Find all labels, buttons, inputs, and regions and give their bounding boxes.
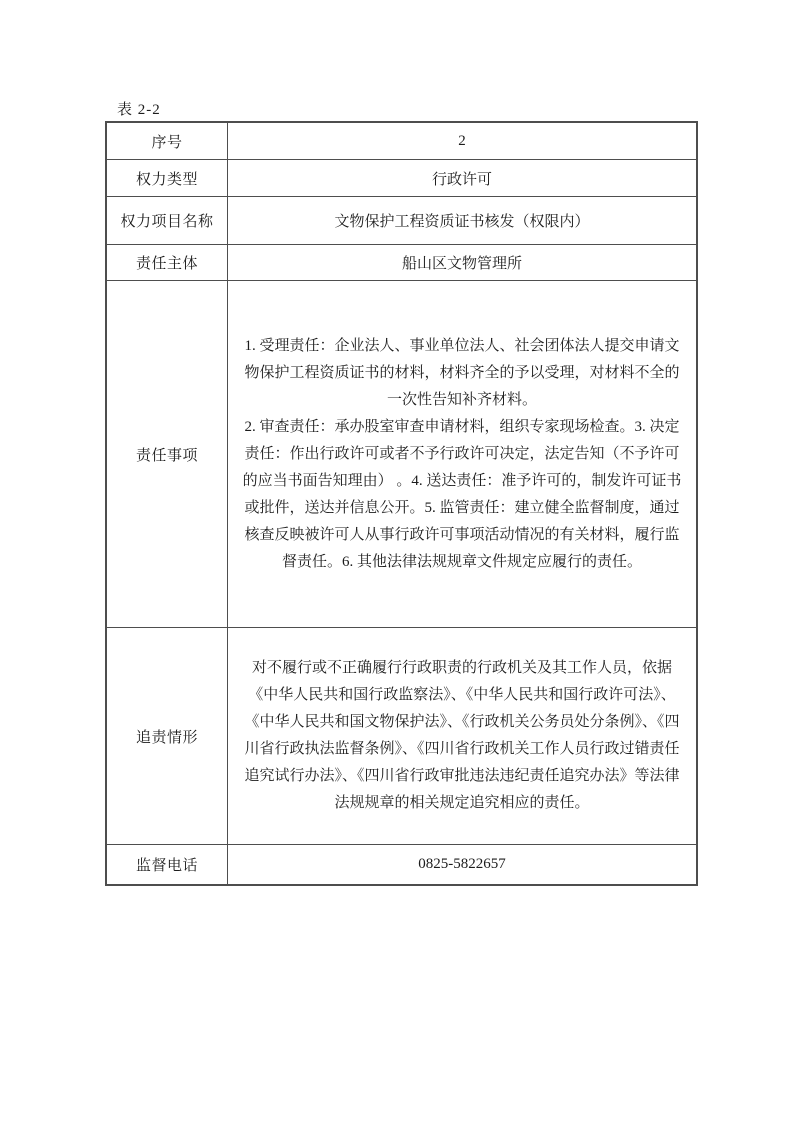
table-row-duty-matters: 责任事项 1. 受理责任：企业法人、事业单位法人、社会团体法人提交申请文物保护工…	[106, 281, 697, 628]
row-value-duty-matters: 1. 受理责任：企业法人、事业单位法人、社会团体法人提交申请文物保护工程资质证书…	[228, 281, 698, 628]
table-row-serial-number: 序号 2	[106, 122, 697, 160]
table-caption: 表 2-2	[117, 98, 161, 119]
row-label-accountability-situations: 追责情形	[106, 628, 228, 845]
duty-matters-paragraph-2: 2. 审查责任：承办股室审查申请材料，组织专家现场检查。3. 决定责任：作出行政…	[241, 414, 683, 576]
row-value-supervision-phone: 0825-5822657	[228, 845, 698, 886]
table-row-accountability-situations: 追责情形 对不履行或不正确履行行政职责的行政机关及其工作人员，依据《中华人民共和…	[106, 628, 697, 845]
duty-matters-paragraph-1: 1. 受理责任：企业法人、事业单位法人、社会团体法人提交申请文物保护工程资质证书…	[241, 333, 683, 414]
power-duty-table: 序号 2 权力类型 行政许可 权力项目名称 文物保护工程资质证书核发（权限内） …	[105, 121, 698, 886]
table-row-supervision-phone: 监督电话 0825-5822657	[106, 845, 697, 886]
row-label-serial-number: 序号	[106, 122, 228, 160]
table-row-power-item-name: 权力项目名称 文物保护工程资质证书核发（权限内）	[106, 197, 697, 245]
document-page: 表 2-2 序号 2 权力类型 行政许可 权力项目名称 文物保护工程资质证书核发…	[0, 0, 793, 1122]
row-label-duty-matters: 责任事项	[106, 281, 228, 628]
table-row-responsible-entity: 责任主体 船山区文物管理所	[106, 245, 697, 281]
row-value-power-item-name: 文物保护工程资质证书核发（权限内）	[228, 197, 698, 245]
row-value-serial-number: 2	[228, 122, 698, 160]
accountability-paragraph: 对不履行或不正确履行行政职责的行政机关及其工作人员，依据《中华人民共和国行政监察…	[241, 655, 683, 817]
row-label-responsible-entity: 责任主体	[106, 245, 228, 281]
row-value-responsible-entity: 船山区文物管理所	[228, 245, 698, 281]
row-label-supervision-phone: 监督电话	[106, 845, 228, 886]
row-value-power-type: 行政许可	[228, 160, 698, 197]
row-label-power-item-name: 权力项目名称	[106, 197, 228, 245]
row-label-power-type: 权力类型	[106, 160, 228, 197]
row-value-accountability-situations: 对不履行或不正确履行行政职责的行政机关及其工作人员，依据《中华人民共和国行政监察…	[228, 628, 698, 845]
table-row-power-type: 权力类型 行政许可	[106, 160, 697, 197]
